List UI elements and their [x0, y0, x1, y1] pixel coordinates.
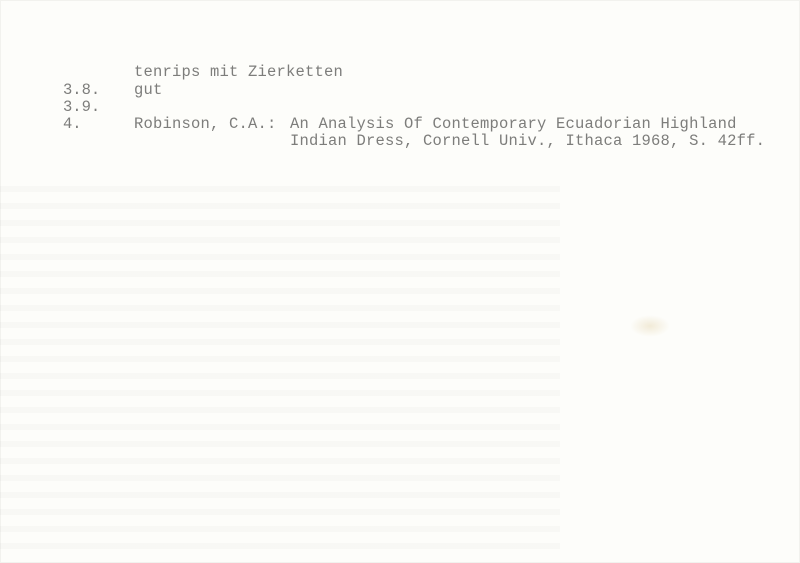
entry-rating-text: gut: [134, 83, 163, 99]
show-through-text: [0, 175, 560, 555]
paper-stain: [630, 315, 670, 337]
entry-number-3-9: 3.9.: [63, 100, 100, 116]
index-card: tenrips mit Zierketten 3.8. gut 3.9. 4. …: [0, 0, 800, 563]
citation-title-line2: Indian Dress, Cornell Univ., Ithaca 1968…: [290, 134, 765, 150]
entry-number-4: 4.: [63, 117, 82, 133]
citation-title-line1: An Analysis Of Contemporary Ecuadorian H…: [290, 117, 737, 133]
entry-continuation-text: tenrips mit Zierketten: [134, 65, 343, 81]
citation-author: Robinson, C.A.:: [134, 117, 277, 133]
entry-number-3-8: 3.8.: [63, 83, 100, 99]
